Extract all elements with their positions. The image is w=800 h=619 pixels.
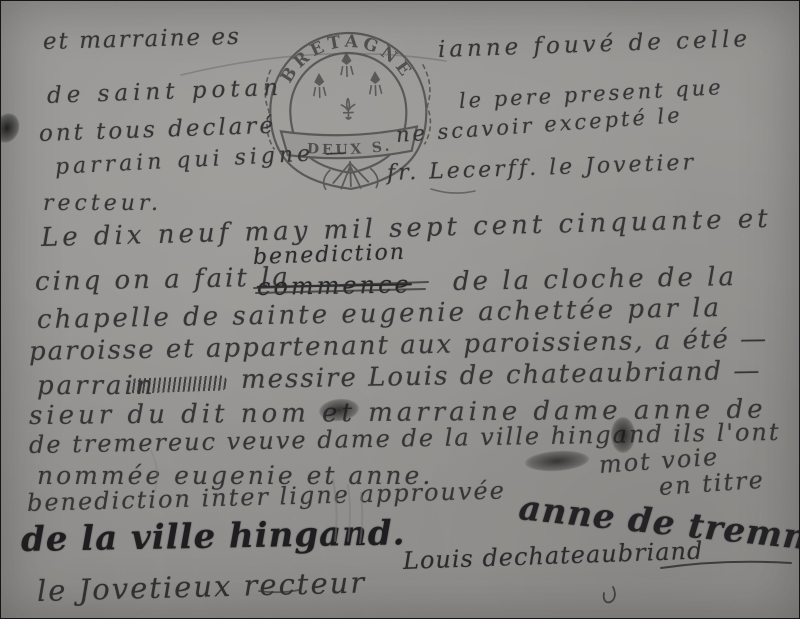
ink-blot — [0, 110, 23, 146]
crossed-out-scribble — [129, 375, 227, 393]
scanned-register-page: BRETAGNE DEUX S. et marraine es ianne fo… — [0, 0, 800, 619]
handwriting-line: ianne fouvé de celle — [438, 28, 752, 62]
ink-blot — [611, 417, 635, 453]
struck-through-word: commence — [257, 272, 412, 299]
handwriting-line: et marraine es — [43, 26, 241, 54]
handwriting-line: recteur. — [43, 193, 162, 215]
godfather-name-line: messire Louis de chateaubriand — — [241, 358, 762, 393]
signature-louis-de-chateaubriand: Louis dechateaubriand — [403, 539, 704, 573]
handwriting-line: de saint potan — [47, 77, 284, 108]
handwriting-line: le pere present que — [458, 77, 724, 112]
handwriting-line: de la cloche de la — [453, 264, 737, 295]
marginal-note: en titre — [658, 468, 765, 499]
ink-smear — [524, 449, 589, 473]
handwriting-line: ont tous declaré — [39, 115, 277, 146]
signature-recteur: le Jovetieux recteur — [37, 568, 367, 606]
interline-insertion: benediction — [253, 242, 407, 269]
signature-de-la-ville-hingand: de la ville hingand. — [21, 516, 406, 557]
